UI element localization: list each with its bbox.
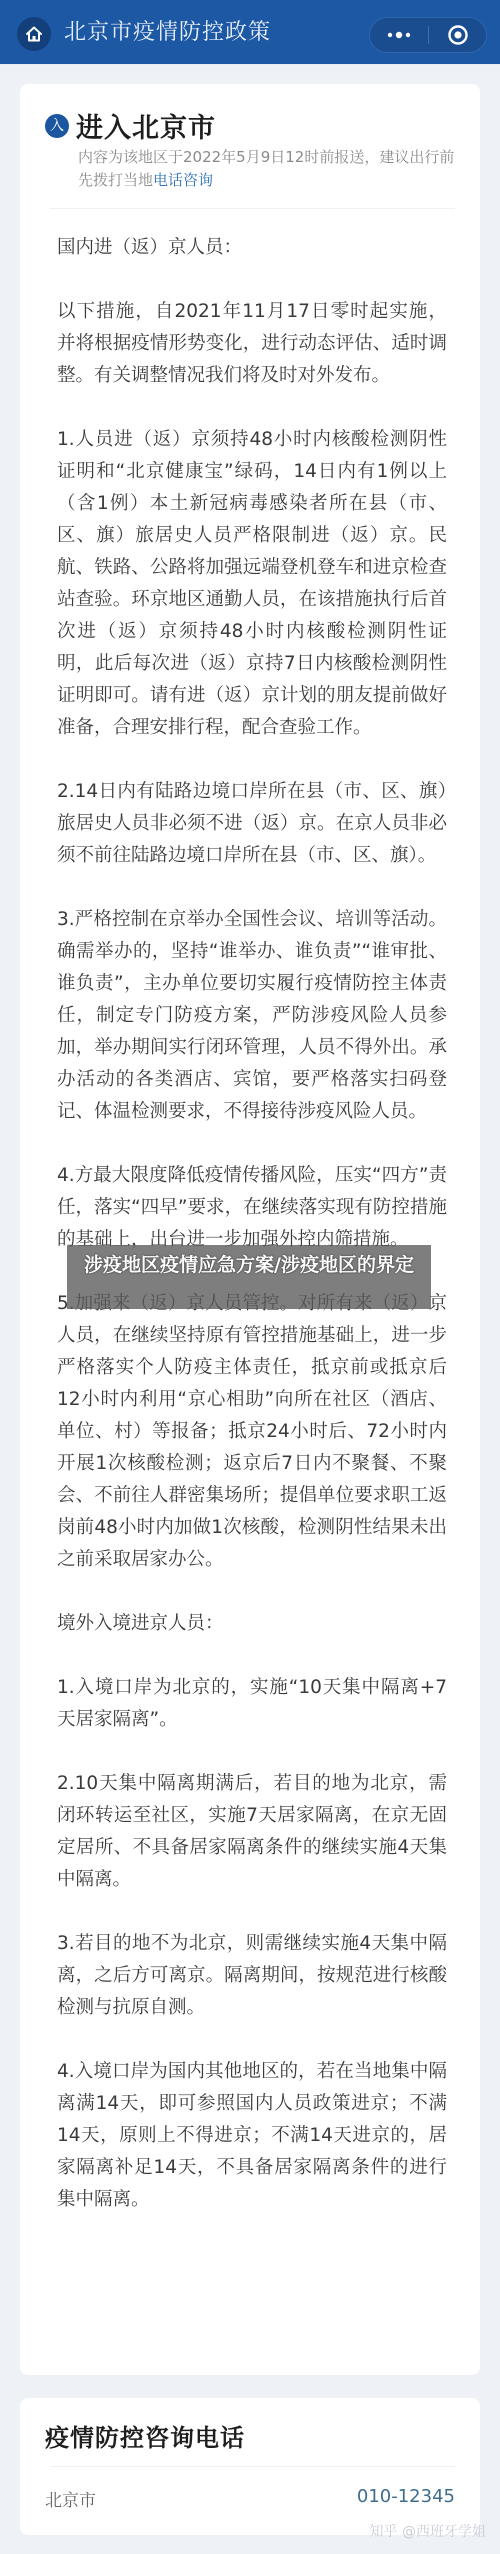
section-title-text: 进入北京市: [76, 106, 216, 145]
phone-card-title: 疫情防控咨询电话: [45, 2418, 245, 2453]
page-title: 北京市疫情防控政策: [64, 20, 271, 46]
policy-body: 国内进（返）京人员： 以下措施，自2021年11月17日零时起实施，并将根据疫情…: [57, 232, 447, 2248]
section-divider: [50, 208, 455, 209]
section-subtitle: 内容为该地区于2022年5月9日12时前报送，建议出行前先拨打当地电话咨询: [78, 146, 458, 192]
subtitle-text: 内容为该地区于2022年5月9日12时前报送，建议出行前先拨打当地: [78, 148, 454, 189]
overseas-item: 2.10天集中隔离期满后，若目的地为北京，需闭环转运至社区，实施7天居家隔离，在…: [57, 1768, 447, 1896]
section-title: 入 进入北京市: [45, 106, 216, 145]
app-header: 北京市疫情防控政策: [0, 0, 500, 65]
domestic-item: 3.严格控制在京举办全国性会议、培训等活动。确需举办的，坚持“谁举办、谁负责”“…: [57, 904, 447, 1128]
caption-overlay: 涉疫地区疫情应急方案/涉疫地区的界定: [67, 1245, 431, 1309]
intro-paragraph: 以下措施，自2021年11月17日零时起实施，并将根据疫情形势变化，进行动态评估…: [57, 296, 447, 392]
overseas-item: 3.若目的地不为北京，则需继续实施4天集中隔离，之后方可离京。隔离期间，按规范进…: [57, 1928, 447, 2024]
phone-city: 北京市: [45, 2486, 96, 2511]
domestic-item: 1.人员进（返）京须持48小时内核酸检测阴性证明和“北京健康宝”绿码，14日内有…: [57, 424, 447, 744]
overseas-heading: 境外入境进京人员：: [57, 1608, 447, 1640]
domestic-item: 5.加强来（返）京人员管控。对所有来（返）京人员，在继续坚持原有管控措施基础上，…: [57, 1288, 447, 1576]
home-button[interactable]: [17, 17, 51, 51]
close-button[interactable]: [429, 18, 487, 52]
domestic-item: 4.方最大限度降低疫情传播风险，压实“四方”责任，落实“四早”要求，在继续落实现…: [57, 1160, 447, 1256]
domestic-heading: 国内进（返）京人员：: [57, 232, 447, 264]
phone-row[interactable]: 北京市 010-12345: [45, 2486, 455, 2511]
mini-program-capsule: [369, 17, 487, 53]
overseas-item: 4.入境口岸为国内其他地区的，若在当地集中隔离满14天，即可参照国内人员政策进京…: [57, 2056, 447, 2216]
overseas-item: 1.入境口岸为北京的，实施“10天集中隔离+7天居家隔离”。: [57, 1672, 447, 1736]
more-button[interactable]: [370, 18, 428, 52]
home-icon: [25, 25, 43, 43]
more-dots-icon: [386, 30, 412, 40]
target-close-icon: [447, 24, 469, 46]
watermark: 知乎 @西班牙学姐: [370, 2521, 486, 2541]
phone-number-link[interactable]: 010-12345: [357, 2486, 455, 2511]
phone-card-divider: [50, 2466, 455, 2467]
policy-card: 入 进入北京市 内容为该地区于2022年5月9日12时前报送，建议出行前先拨打当…: [20, 84, 480, 2375]
enter-badge-icon: 入: [45, 114, 69, 138]
phone-consult-link[interactable]: 电话咨询: [153, 171, 213, 189]
phone-card: 疫情防控咨询电话 北京市 010-12345: [20, 2398, 480, 2535]
domestic-item: 2.14日内有陆路边境口岸所在县（市、区、旗）旅居史人员非必须不进（返）京。在京…: [57, 776, 447, 872]
